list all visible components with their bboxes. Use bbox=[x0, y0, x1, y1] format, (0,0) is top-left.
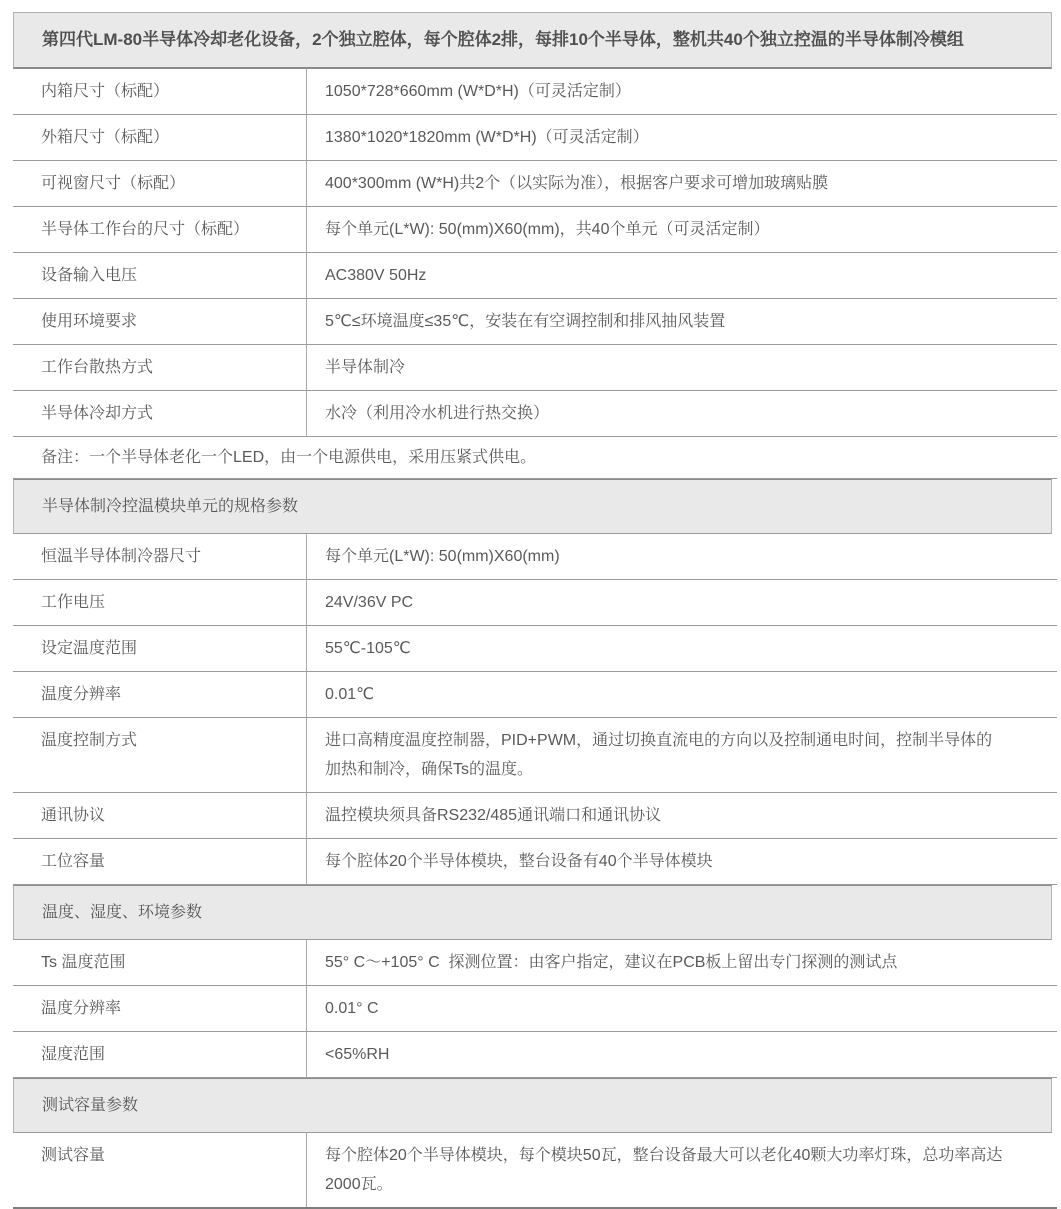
spec-row: 工作台散热方式 半导体制冷 bbox=[13, 345, 1057, 391]
row-value: 55° C～+105° C 探测位置：由客户指定，建议在PCB板上留出专门探测的… bbox=[306, 940, 1057, 985]
row-value: 55℃-105℃ bbox=[306, 626, 1057, 671]
row-value: 0.01℃ bbox=[306, 672, 1057, 717]
row-value: AC380V 50Hz bbox=[306, 253, 1057, 298]
row-label: 设备输入电压 bbox=[13, 253, 306, 298]
row-value: 5℃≤环境温度≤35℃，安装在有空调控制和排风抽风装置 bbox=[306, 299, 1057, 344]
spec-row: 温度控制方式 进口高精度温度控制器，PID+PWM，通过切换直流电的方向以及控制… bbox=[13, 718, 1057, 793]
spec-row: Ts 温度范围 55° C～+105° C 探测位置：由客户指定，建议在PCB板… bbox=[13, 940, 1057, 986]
spec-row: 使用环境要求 5℃≤环境温度≤35℃，安装在有空调控制和排风抽风装置 bbox=[13, 299, 1057, 345]
row-value: 水冷（利用冷水机进行热交换） bbox=[306, 391, 1057, 436]
spec-row: 设备输入电压 AC380V 50Hz bbox=[13, 253, 1057, 299]
spec-table: 第四代LM-80半导体冷却老化设备，2个独立腔体，每个腔体2排，每排10个半导体… bbox=[13, 12, 1057, 1209]
row-label: 内箱尺寸（标配） bbox=[13, 69, 306, 114]
row-value: 每个单元(L*W): 50(mm)X60(mm) bbox=[306, 534, 1057, 579]
table-title: 第四代LM-80半导体冷却老化设备，2个独立腔体，每个腔体2排，每排10个半导体… bbox=[13, 12, 1052, 69]
section-header: 温度、湿度、环境参数 bbox=[13, 885, 1052, 940]
row-value: 每个腔体20个半导体模块，整台设备有40个半导体模块 bbox=[306, 839, 1057, 884]
spec-row: 半导体工作台的尺寸（标配） 每个单元(L*W): 50(mm)X60(mm)，共… bbox=[13, 207, 1057, 253]
row-value: 温控模块须具备RS232/485通讯端口和通讯协议 bbox=[306, 793, 1057, 838]
row-value: 每个单元(L*W): 50(mm)X60(mm)，共40个单元（可灵活定制） bbox=[306, 207, 1057, 252]
row-label: 设定温度范围 bbox=[13, 626, 306, 671]
spec-row: 通讯协议 温控模块须具备RS232/485通讯端口和通讯协议 bbox=[13, 793, 1057, 839]
row-value: 1380*1020*1820mm (W*D*H)（可灵活定制） bbox=[306, 115, 1057, 160]
row-label: 温度控制方式 bbox=[13, 718, 306, 792]
spec-row: 半导体冷却方式 水冷（利用冷水机进行热交换） bbox=[13, 391, 1057, 437]
spec-row: 设定温度范围 55℃-105℃ bbox=[13, 626, 1057, 672]
row-label: 半导体冷却方式 bbox=[13, 391, 306, 436]
row-value: 400*300mm (W*H)共2个（以实际为准），根据客户要求可增加玻璃贴膜 bbox=[306, 161, 1057, 206]
spec-row: 可视窗尺寸（标配） 400*300mm (W*H)共2个（以实际为准），根据客户… bbox=[13, 161, 1057, 207]
row-value: 1050*728*660mm (W*D*H)（可灵活定制） bbox=[306, 69, 1057, 114]
row-label: 测试容量 bbox=[13, 1133, 306, 1207]
row-value: 半导体制冷 bbox=[306, 345, 1057, 390]
spec-row: 测试容量 每个腔体20个半导体模块，每个模块50瓦，整台设备最大可以老化40颗大… bbox=[13, 1133, 1057, 1209]
row-label: Ts 温度范围 bbox=[13, 940, 306, 985]
row-label: 温度分辨率 bbox=[13, 672, 306, 717]
spec-row: 工作电压 24V/36V PC bbox=[13, 580, 1057, 626]
spec-row: 工位容量 每个腔体20个半导体模块，整台设备有40个半导体模块 bbox=[13, 839, 1057, 885]
row-label: 工位容量 bbox=[13, 839, 306, 884]
section-header: 测试容量参数 bbox=[13, 1078, 1052, 1133]
row-label: 工作电压 bbox=[13, 580, 306, 625]
row-label: 半导体工作台的尺寸（标配） bbox=[13, 207, 306, 252]
row-value: 每个腔体20个半导体模块，每个模块50瓦，整台设备最大可以老化40颗大功率灯珠，… bbox=[306, 1133, 1057, 1207]
row-label: 可视窗尺寸（标配） bbox=[13, 161, 306, 206]
spec-row: 恒温半导体制冷器尺寸 每个单元(L*W): 50(mm)X60(mm) bbox=[13, 534, 1057, 580]
spec-row: 湿度范围 <65%RH bbox=[13, 1032, 1057, 1078]
row-label: 温度分辨率 bbox=[13, 986, 306, 1031]
row-value: 24V/36V PC bbox=[306, 580, 1057, 625]
row-value: <65%RH bbox=[306, 1032, 1057, 1077]
spec-row: 内箱尺寸（标配） 1050*728*660mm (W*D*H)（可灵活定制） bbox=[13, 69, 1057, 115]
section-header: 半导体制冷控温模块单元的规格参数 bbox=[13, 479, 1052, 534]
spec-row: 温度分辨率 0.01° C bbox=[13, 986, 1057, 1032]
row-label: 使用环境要求 bbox=[13, 299, 306, 344]
row-value: 0.01° C bbox=[306, 986, 1057, 1031]
spec-row: 温度分辨率 0.01℃ bbox=[13, 672, 1057, 718]
row-label: 湿度范围 bbox=[13, 1032, 306, 1077]
row-value: 进口高精度温度控制器，PID+PWM，通过切换直流电的方向以及控制通电时间，控制… bbox=[306, 718, 1057, 792]
row-label: 通讯协议 bbox=[13, 793, 306, 838]
note-row: 备注：一个半导体老化一个LED，由一个电源供电，采用压紧式供电。 bbox=[13, 437, 1057, 479]
row-label: 恒温半导体制冷器尺寸 bbox=[13, 534, 306, 579]
row-label: 工作台散热方式 bbox=[13, 345, 306, 390]
spec-row: 外箱尺寸（标配） 1380*1020*1820mm (W*D*H)（可灵活定制） bbox=[13, 115, 1057, 161]
row-label: 外箱尺寸（标配） bbox=[13, 115, 306, 160]
